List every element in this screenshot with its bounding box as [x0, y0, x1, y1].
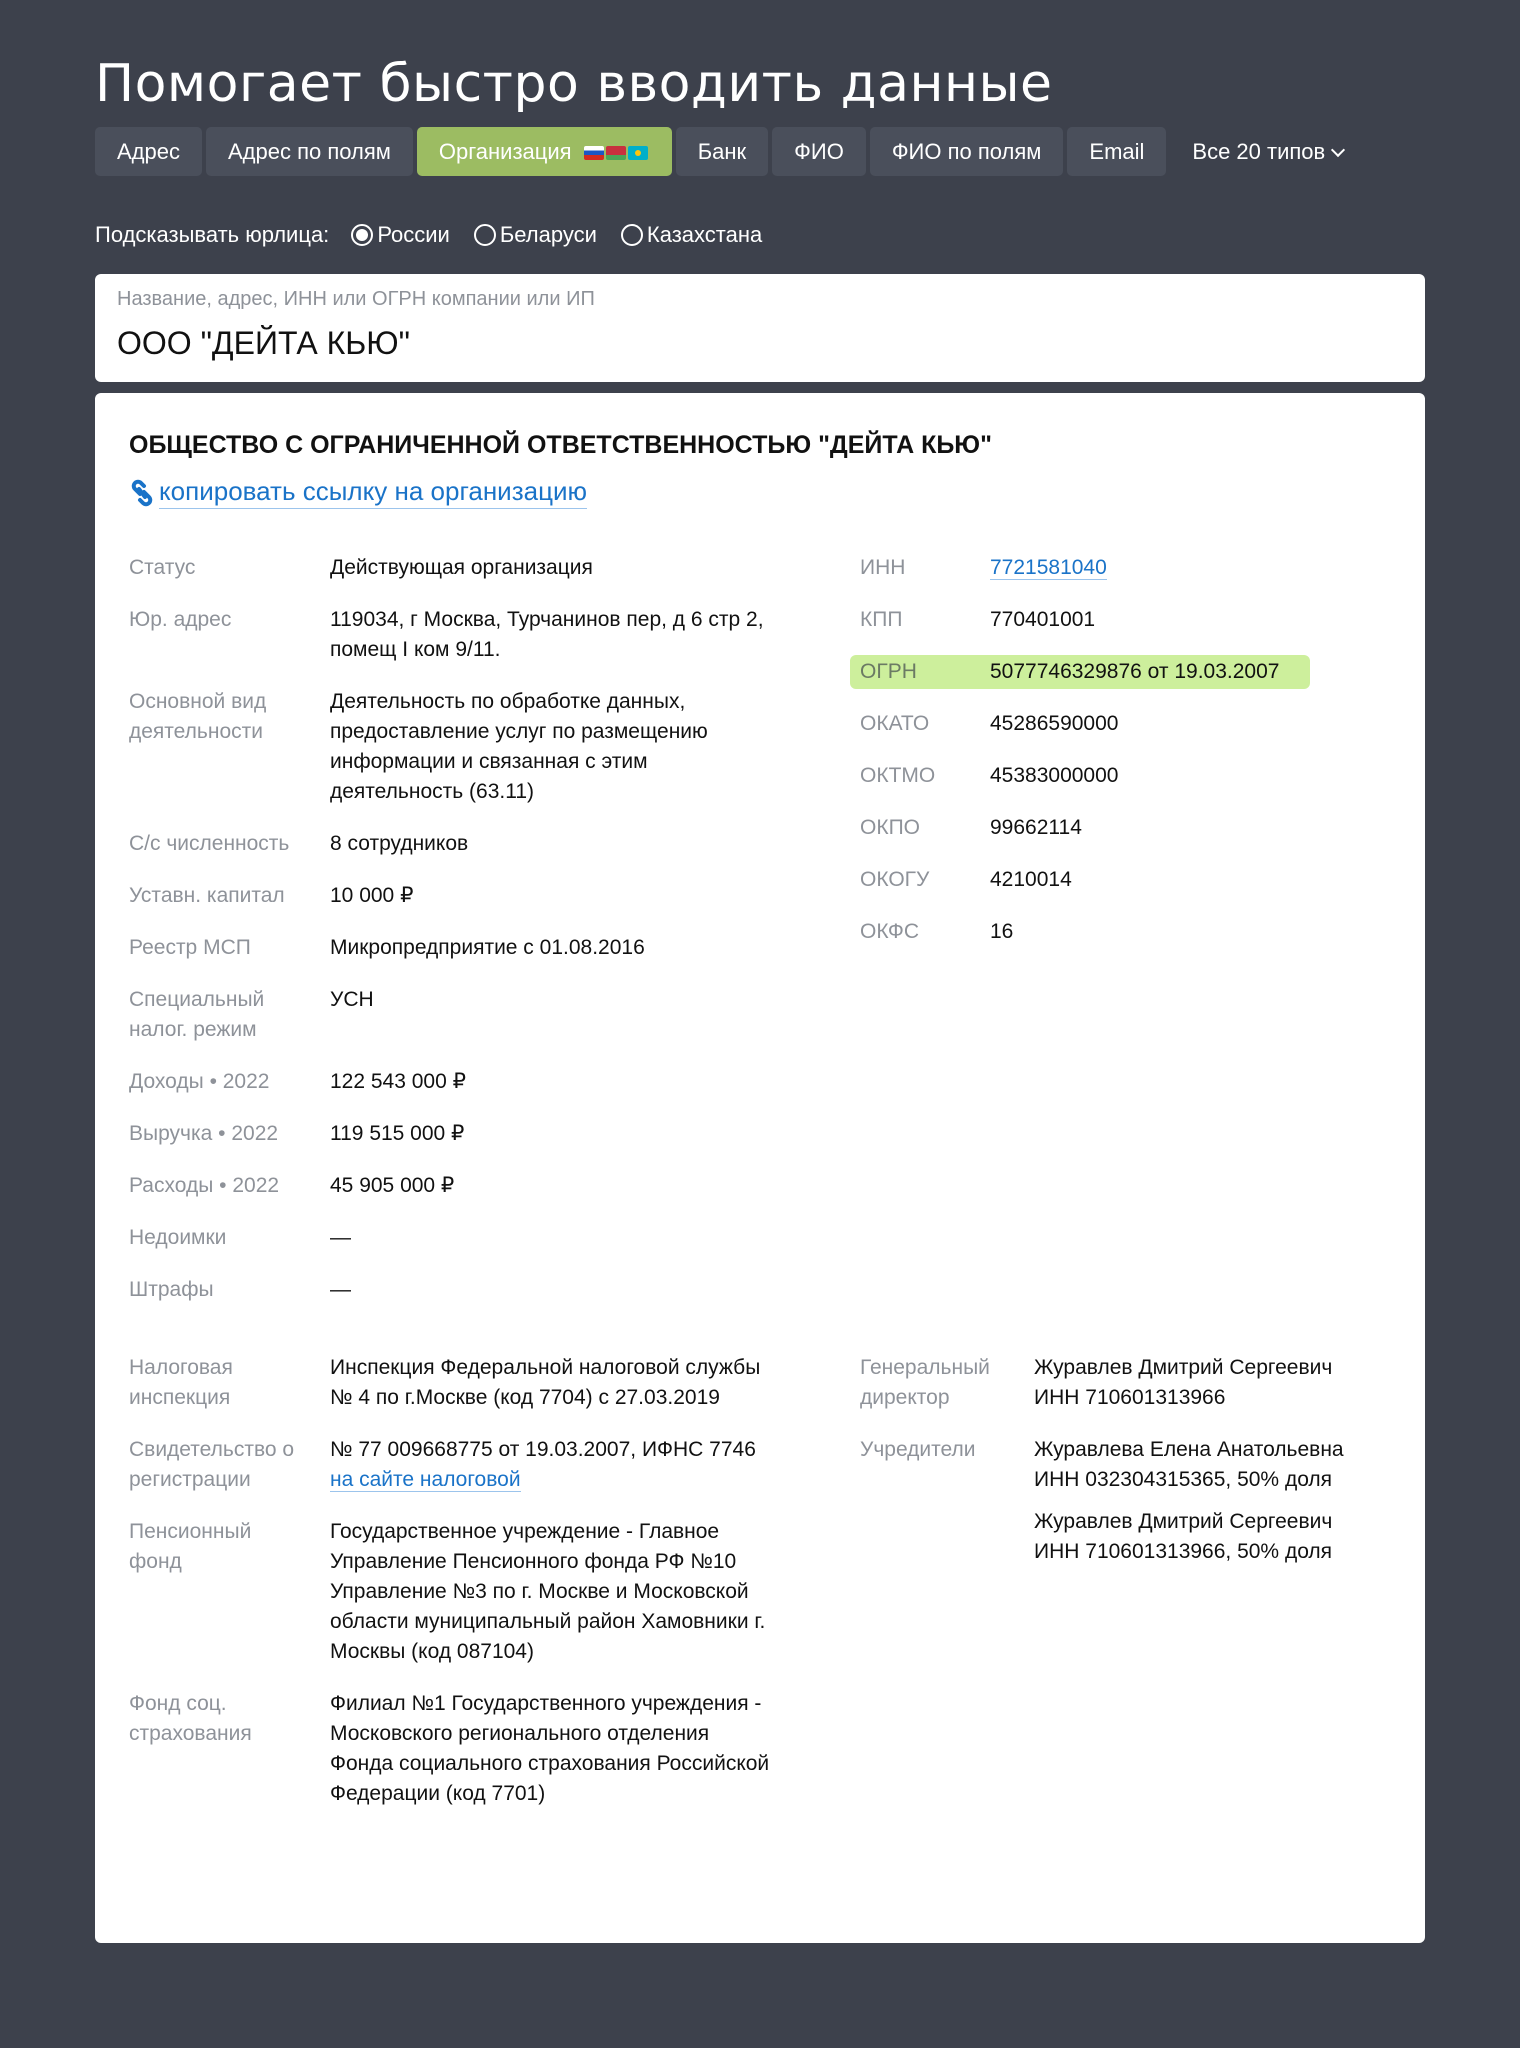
organization-full-name: ОБЩЕСТВО С ОГРАНИЧЕННОЙ ОТВЕТСТВЕННОСТЬЮ…	[129, 431, 992, 460]
tab-label: Адрес	[117, 139, 180, 164]
founder: Журавлева Елена Анатольевна ИНН 03230431…	[1034, 1435, 1404, 1495]
tab-fio[interactable]: ФИО	[772, 127, 866, 176]
field-label: Доходы • 2022	[129, 1067, 330, 1097]
field-label: Выручка • 2022	[129, 1119, 330, 1149]
founder: Журавлев Дмитрий Сергеевич ИНН 710601313…	[1034, 1507, 1404, 1567]
founders-row: Учредители Журавлева Елена Анатольевна И…	[860, 1435, 1420, 1579]
code-value: 5077746329876 от 19.03.2007	[990, 655, 1287, 689]
field-value: Микропредприятие с 01.08.2016	[330, 933, 770, 963]
chevron-down-icon	[1331, 143, 1345, 157]
code-value: 4210014	[990, 865, 1072, 895]
tab-label: ФИО	[794, 139, 844, 164]
field-activity: Основной вид деятельностиДеятельность по…	[129, 687, 849, 807]
field-value: 10 000 ₽	[330, 881, 770, 911]
field-pension-fund: Пенсионный фондГосударственное учреждени…	[129, 1517, 849, 1667]
field-fines: Штрафы—	[129, 1275, 849, 1305]
link-icon	[129, 479, 155, 507]
field-employees: С/с численность8 сотрудников	[129, 829, 849, 859]
field-label: Уставн. капитал	[129, 881, 330, 911]
field-tax-office: Налоговая инспекцияИнспекция Федеральной…	[129, 1353, 849, 1413]
registry-fields: Налоговая инспекцияИнспекция Федеральной…	[129, 1353, 849, 1809]
director: Журавлев Дмитрий Сергеевич ИНН 710601313…	[1034, 1353, 1404, 1413]
code-kpp: КПП770401001	[850, 605, 1310, 657]
ru-flag-icon	[584, 146, 604, 160]
radio-kazakhstan[interactable]: Казахстана	[621, 222, 762, 248]
field-label: Статус	[129, 553, 330, 583]
type-tabs: Адрес Адрес по полям Организация Банк ФИ…	[95, 127, 1365, 176]
inn-link[interactable]: 7721581040	[990, 556, 1107, 580]
field-value: Инспекция Федеральной налоговой службы №…	[330, 1353, 770, 1413]
main-fields: СтатусДействующая организация Юр. адрес1…	[129, 553, 849, 1305]
field-label: Фонд соц. страхования	[129, 1689, 279, 1809]
radio-belarus[interactable]: Беларуси	[474, 222, 597, 248]
code-label: ИНН	[850, 553, 990, 583]
by-flag-icon	[606, 146, 626, 160]
tab-bank[interactable]: Банк	[676, 127, 768, 176]
tab-address[interactable]: Адрес	[95, 127, 202, 176]
radio-label: Казахстана	[647, 222, 762, 248]
founder-inn: ИНН 710601313966, 50% доля	[1034, 1537, 1404, 1567]
code-ogrn: ОГРН5077746329876 от 19.03.2007	[850, 655, 1310, 689]
director-row: Генеральный директор Журавлев Дмитрий Се…	[860, 1353, 1420, 1413]
field-value: 8 сотрудников	[330, 829, 770, 859]
code-value: 770401001	[990, 605, 1095, 635]
radio-unchecked-icon	[621, 224, 643, 246]
field-value: Деятельность по обработке данных, предос…	[330, 687, 770, 807]
page-title: Помогает быстро вводить данные	[95, 54, 1053, 114]
field-value: № 77 009668775 от 19.03.2007, ИФНС 7746 …	[330, 1435, 770, 1495]
code-label: ОКПО	[850, 813, 990, 843]
search-box: Название, адрес, ИНН или ОГРН компании и…	[95, 274, 1425, 382]
founders-list: Журавлева Елена Анатольевна ИНН 03230431…	[1034, 1435, 1404, 1579]
field-label: Недоимки	[129, 1223, 330, 1253]
field-value: 119034, г Москва, Турчанинов пер, д 6 ст…	[330, 605, 770, 665]
kz-flag-icon	[628, 146, 648, 160]
founder-name: Журавлев Дмитрий Сергеевич	[1034, 1507, 1404, 1537]
copy-link-text: копировать ссылку на организацию	[159, 476, 587, 509]
tab-label: Организация	[439, 139, 572, 164]
tab-email[interactable]: Email	[1067, 127, 1166, 176]
field-address: Юр. адрес119034, г Москва, Турчанинов пе…	[129, 605, 849, 665]
field-certificate: Свидетельство о регистрации№ 77 00966877…	[129, 1435, 849, 1495]
tab-address-fields[interactable]: Адрес по полям	[206, 127, 413, 176]
search-label: Название, адрес, ИНН или ОГРН компании и…	[117, 288, 1403, 311]
code-okato: ОКАТО45286590000	[850, 709, 1310, 761]
field-label: Реестр МСП	[129, 933, 330, 963]
certificate-text: № 77 009668775 от 19.03.2007, ИФНС 7746	[330, 1438, 756, 1461]
field-social-fund: Фонд соц. страхованияФилиал №1 Государст…	[129, 1689, 849, 1809]
code-okogu: ОКОГУ4210014	[850, 865, 1310, 917]
code-label: ОКАТО	[850, 709, 990, 739]
tab-label: ФИО по полям	[892, 139, 1042, 164]
country-filter: Подсказывать юрлица: России Беларуси Каз…	[95, 222, 786, 248]
code-label: КПП	[850, 605, 990, 635]
code-label: ОКТМО	[850, 761, 990, 791]
code-inn: ИНН7721581040	[850, 553, 1310, 605]
field-label: Пенсионный фонд	[129, 1517, 279, 1667]
code-label: ОГРН	[850, 655, 990, 689]
code-value: 45286590000	[990, 709, 1118, 739]
field-label: С/с численность	[129, 829, 330, 859]
founder-inn: ИНН 032304315365, 50% доля	[1034, 1465, 1404, 1495]
tab-label: Email	[1089, 139, 1144, 164]
founders-label: Учредители	[860, 1435, 1034, 1579]
code-okfs: ОКФС16	[850, 917, 1310, 969]
field-label: Налоговая инспекция	[129, 1353, 279, 1413]
field-income: Доходы • 2022122 543 000 ₽	[129, 1067, 849, 1097]
tab-label: Адрес по полям	[228, 139, 391, 164]
field-revenue: Выручка • 2022119 515 000 ₽	[129, 1119, 849, 1149]
field-value: УСН	[330, 985, 770, 1045]
code-value: 45383000000	[990, 761, 1118, 791]
code-value: 16	[990, 917, 1013, 947]
field-label: Специальный налог. режим	[129, 985, 289, 1045]
radio-unchecked-icon	[474, 224, 496, 246]
field-value: —	[330, 1275, 770, 1305]
copy-link-button[interactable]: копировать ссылку на организацию	[129, 476, 587, 509]
field-value: —	[330, 1223, 770, 1253]
director-inn: ИНН 710601313966	[1034, 1383, 1404, 1413]
field-msp: Реестр МСПМикропредприятие с 01.08.2016	[129, 933, 849, 963]
tax-site-link[interactable]: на сайте налоговой	[330, 1468, 521, 1492]
tab-label: Банк	[698, 139, 746, 164]
country-filter-label: Подсказывать юрлица:	[95, 222, 329, 248]
field-expenses: Расходы • 202245 905 000 ₽	[129, 1171, 849, 1201]
field-value: 45 905 000 ₽	[330, 1171, 770, 1201]
management: Генеральный директор Журавлев Дмитрий Се…	[860, 1353, 1420, 1579]
director-name: Журавлев Дмитрий Сергеевич	[1034, 1353, 1404, 1383]
field-label: Штрафы	[129, 1275, 330, 1305]
director-label: Генеральный директор	[860, 1353, 1010, 1413]
codes: ИНН7721581040 КПП770401001 ОГРН507774632…	[850, 553, 1310, 969]
code-value: 99662114	[990, 813, 1082, 843]
tab-fio-fields[interactable]: ФИО по полям	[870, 127, 1064, 176]
code-okpo: ОКПО99662114	[850, 813, 1310, 865]
code-label: ОКФС	[850, 917, 990, 947]
all-types-dropdown[interactable]: Все 20 типов	[1170, 127, 1365, 176]
tab-organization[interactable]: Организация	[417, 127, 672, 176]
country-flags	[584, 145, 650, 162]
field-label: Свидетельство о регистрации	[129, 1435, 299, 1495]
field-value: 119 515 000 ₽	[330, 1119, 770, 1149]
founder-name: Журавлева Елена Анатольевна	[1034, 1435, 1404, 1465]
field-label: Юр. адрес	[129, 605, 330, 665]
field-value: Государственное учреждение - Главное Упр…	[330, 1517, 770, 1667]
field-arrears: Недоимки—	[129, 1223, 849, 1253]
all-types-label: Все 20 типов	[1192, 139, 1325, 164]
search-input[interactable]	[117, 325, 1403, 362]
field-capital: Уставн. капитал10 000 ₽	[129, 881, 849, 911]
field-value: 122 543 000 ₽	[330, 1067, 770, 1097]
radio-checked-icon	[351, 224, 373, 246]
field-label: Расходы • 2022	[129, 1171, 330, 1201]
code-label: ОКОГУ	[850, 865, 990, 895]
radio-russia[interactable]: России	[351, 222, 450, 248]
field-tax-regime: Специальный налог. режимУСН	[129, 985, 849, 1045]
field-value: Филиал №1 Государственного учреждения - …	[330, 1689, 770, 1809]
radio-label: Беларуси	[500, 222, 597, 248]
field-label: Основной вид деятельности	[129, 687, 309, 807]
field-status: СтатусДействующая организация	[129, 553, 849, 583]
organization-card: ОБЩЕСТВО С ОГРАНИЧЕННОЙ ОТВЕТСТВЕННОСТЬЮ…	[95, 393, 1425, 1943]
field-value: Действующая организация	[330, 553, 770, 583]
code-oktmo: ОКТМО45383000000	[850, 761, 1310, 813]
radio-label: России	[377, 222, 450, 248]
